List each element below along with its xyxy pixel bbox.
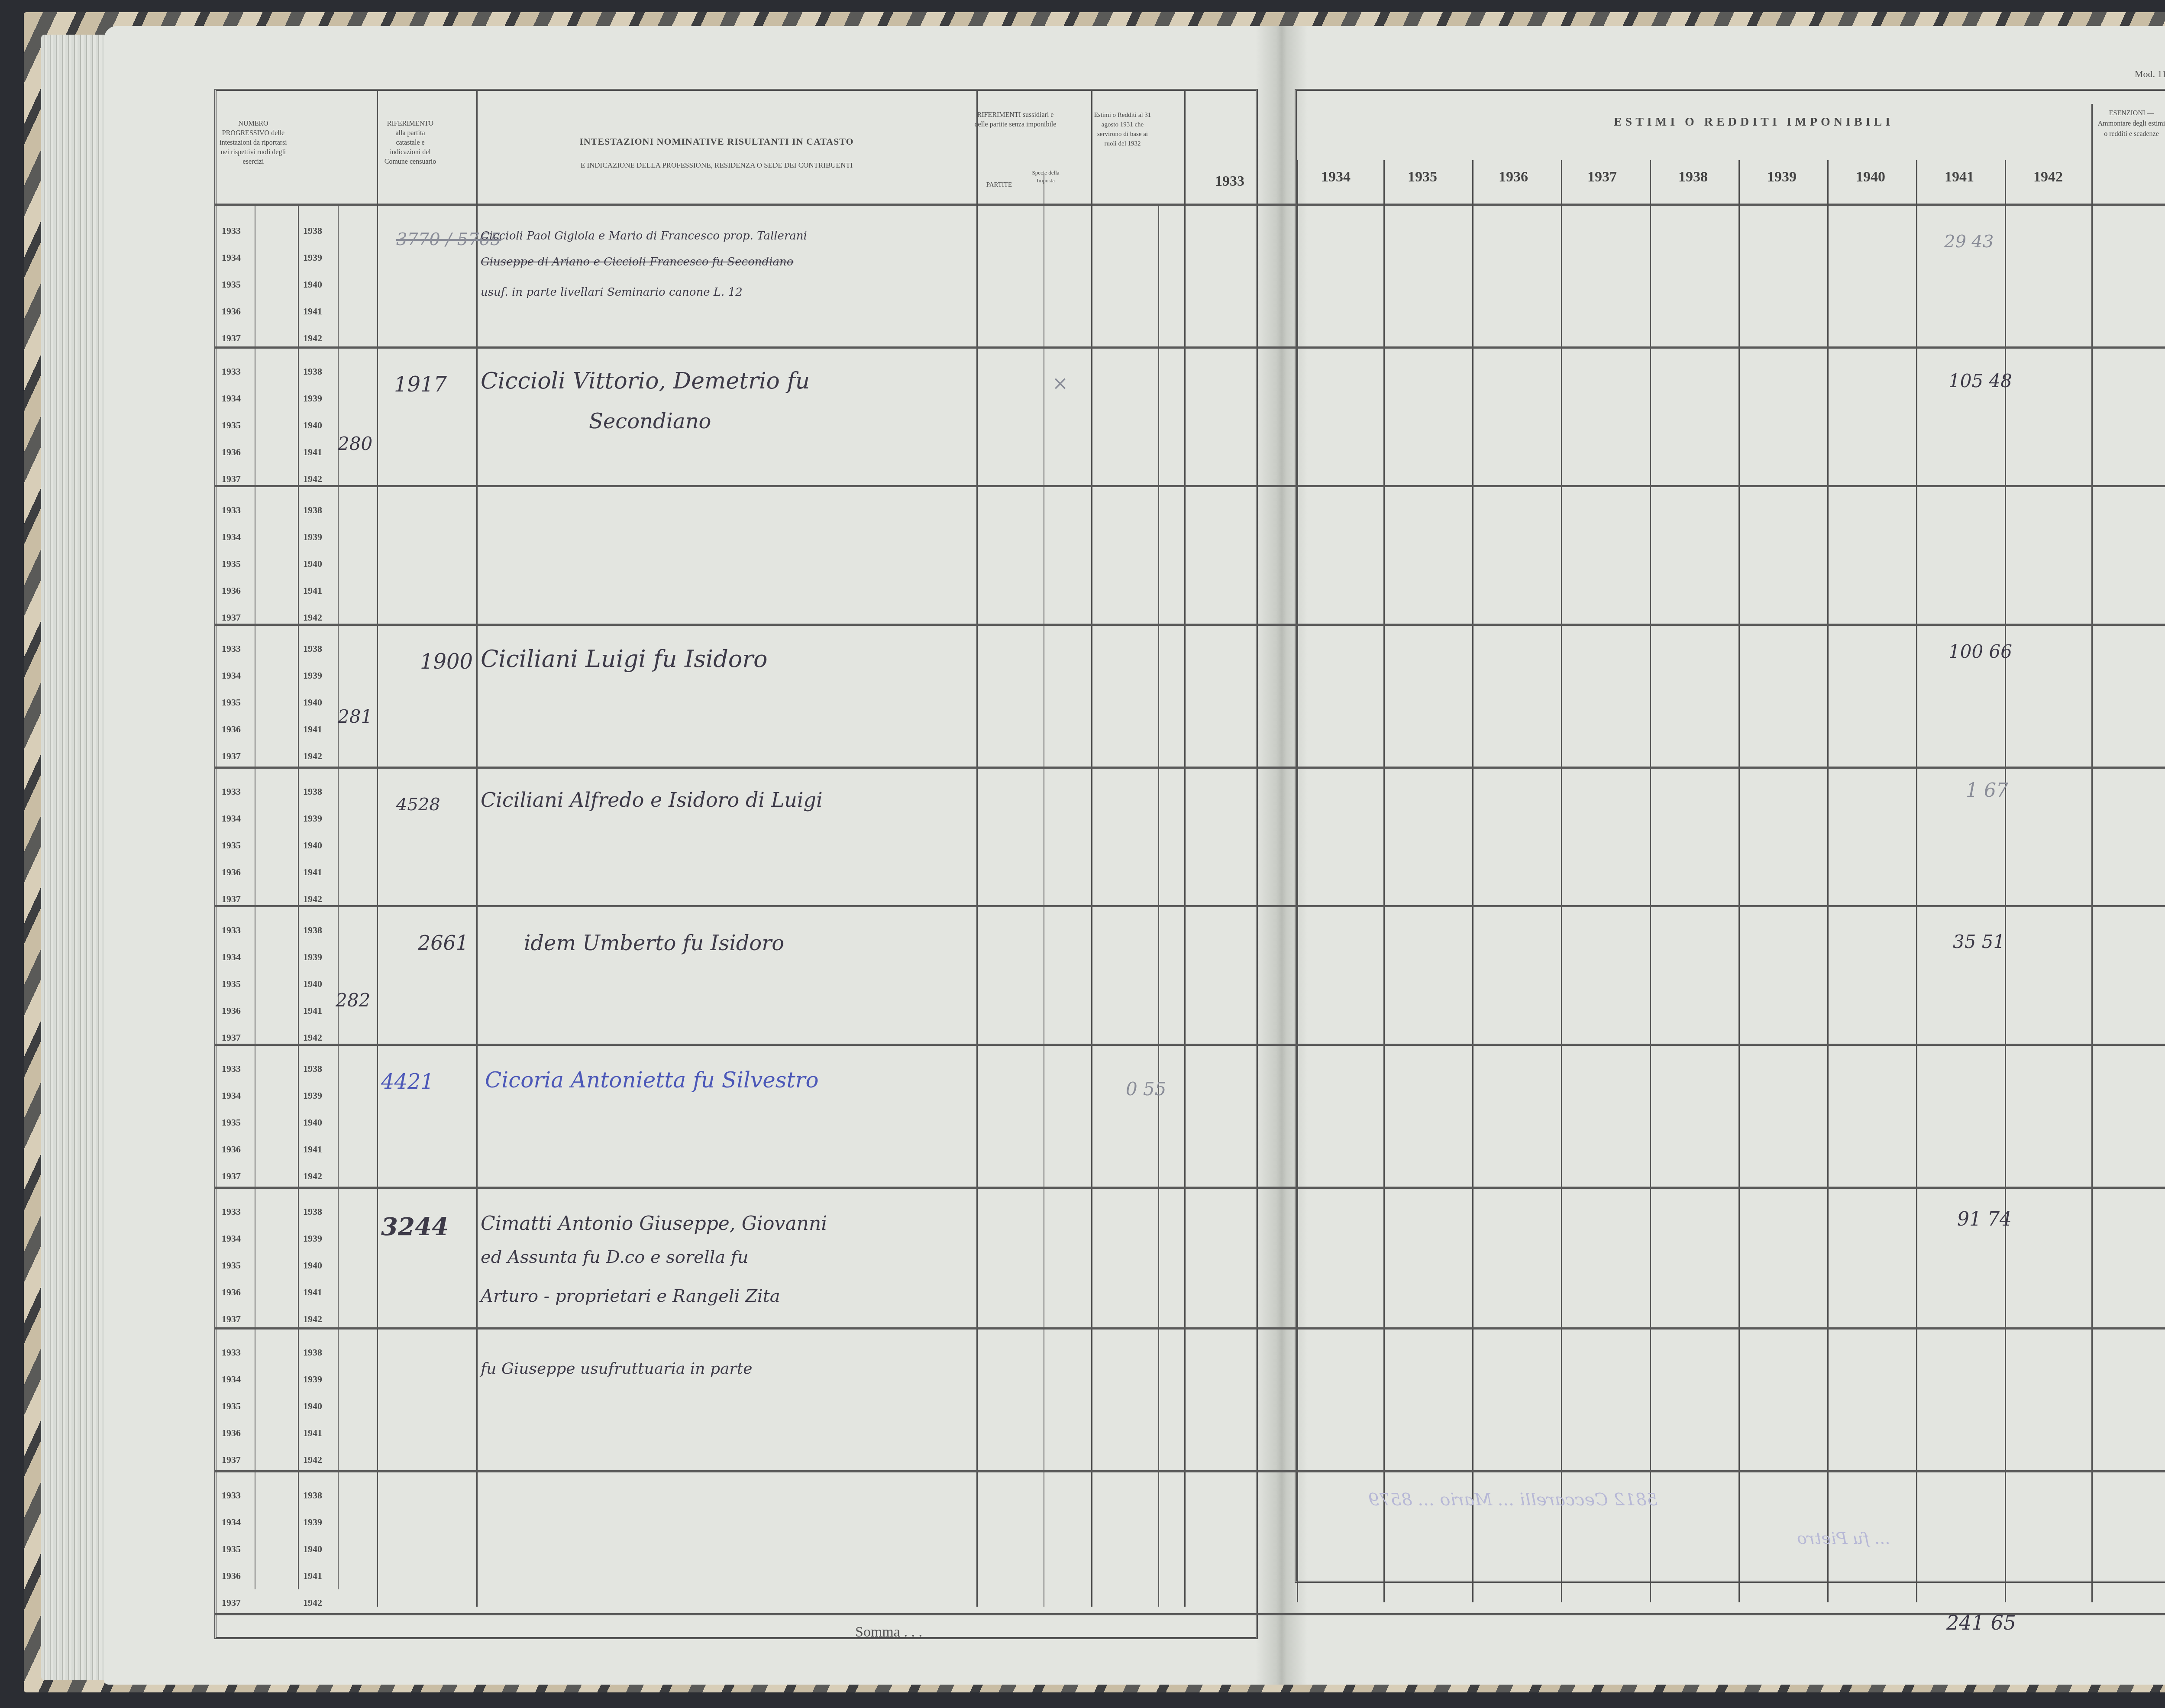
block-rule <box>214 1044 2165 1046</box>
block-rule <box>214 1470 2165 1472</box>
year-cell-right: 1942 <box>303 1171 322 1182</box>
year-cell-right: 1938 <box>303 786 322 797</box>
block-rule <box>214 1187 2165 1189</box>
year-cell-left: 1934 <box>222 813 241 824</box>
year-cell-left: 1937 <box>222 612 241 623</box>
year-cell-left: 1937 <box>222 333 241 344</box>
total-1941: 241 65 <box>1946 1611 2016 1634</box>
col-divider <box>255 204 255 1589</box>
year-cell-left: 1935 <box>222 1117 241 1128</box>
year-cell-right: 1941 <box>303 1570 322 1582</box>
year-cell-right: 1940 <box>303 279 322 290</box>
year-cell-left: 1934 <box>222 1517 241 1528</box>
year-cell-right: 1942 <box>303 1454 322 1465</box>
entry-8-text-3: Arturo - proprietari e Rangeli Zita <box>481 1286 780 1306</box>
col-divider <box>1091 91 1092 1607</box>
year-head-1936: 1936 <box>1477 169 1550 185</box>
block-rule <box>214 624 2165 626</box>
year-cell-right: 1939 <box>303 1517 322 1528</box>
entry-5-value-1941: 1 67 <box>1966 780 2008 802</box>
col-divider <box>1383 160 1385 1602</box>
ledger-right <box>1295 89 2165 1583</box>
year-cell-right: 1939 <box>303 531 322 543</box>
header-col-17: ESENZIONI — Ammontare degli estimi o red… <box>2096 108 2165 139</box>
year-cell-right: 1938 <box>303 1490 322 1501</box>
entry-7-partita: 4421 <box>381 1070 434 1094</box>
year-cell-right: 1941 <box>303 1005 322 1016</box>
block-rule <box>214 1613 2165 1615</box>
year-cell-left: 1934 <box>222 1374 241 1385</box>
entry-4-partita: 1900 <box>420 650 473 674</box>
year-head-1935: 1935 <box>1386 169 1459 185</box>
col-divider <box>1650 160 1651 1602</box>
year-cell-left: 1937 <box>222 1597 241 1608</box>
year-cell-left: 1934 <box>222 252 241 263</box>
col-divider <box>1184 91 1186 1607</box>
col-divider <box>377 91 378 1607</box>
year-cell-left: 1934 <box>222 531 241 543</box>
entry-4-text: Ciciliani Luigi fu Isidoro <box>481 645 768 673</box>
year-cell-left: 1934 <box>222 670 241 681</box>
year-cell-right: 1941 <box>303 1427 322 1439</box>
sum-label: Somma . . . <box>855 1624 922 1640</box>
year-cell-left: 1933 <box>222 786 241 797</box>
year-cell-left: 1937 <box>222 473 241 485</box>
col-divider <box>1561 160 1562 1602</box>
page-stack-left <box>41 35 110 1680</box>
entry-8-text-4: fu Giuseppe usufruttuaria in parte <box>481 1360 752 1378</box>
year-cell-left: 1933 <box>222 1206 241 1217</box>
year-cell-left: 1934 <box>222 393 241 404</box>
year-cell-right: 1942 <box>303 333 322 344</box>
year-cell-right: 1938 <box>303 225 322 236</box>
header-col-1: NUMERO PROGRESSIVO delle intestazioni da… <box>216 119 290 167</box>
year-cell-left: 1934 <box>222 1090 241 1101</box>
year-cell-right: 1942 <box>303 473 322 485</box>
header-col-5: Specie della Imposta <box>1031 169 1061 184</box>
entry-2-partita: 1917 <box>394 372 447 397</box>
entry-5-text: Ciciliani Alfredo e Isidoro di Luigi <box>481 788 823 812</box>
year-cell-left: 1933 <box>222 1063 241 1074</box>
year-cell-left: 1936 <box>222 446 241 458</box>
entry-8-text-2: ed Assunta fu D.co e sorella fu <box>481 1247 748 1267</box>
year-cell-left: 1934 <box>222 951 241 963</box>
year-cell-right: 1938 <box>303 925 322 936</box>
header-col-2: RIFERIMENTO alla partita catastale e ind… <box>383 119 437 167</box>
year-cell-right: 1941 <box>303 867 322 878</box>
col-divider <box>2091 104 2093 1602</box>
header-col-6: Estimi o Redditi al 31 agosto 1931 che s… <box>1091 110 1154 149</box>
entry-1-text-1: Ciccioli Paol Giglola e Mario di Frances… <box>481 225 807 247</box>
block-rule <box>214 485 2165 487</box>
entry-7-text: Cicoria Antonietta fu Silvestro <box>485 1067 819 1093</box>
year-cell-right: 1940 <box>303 840 322 851</box>
entry-2-text-1: Ciccioli Vittorio, Demetrio fu <box>481 368 810 394</box>
year-cell-left: 1935 <box>222 697 241 708</box>
year-cell-left: 1935 <box>222 420 241 431</box>
year-cell-right: 1939 <box>303 813 322 824</box>
year-cell-right: 1939 <box>303 1233 322 1244</box>
entry-4-value-1941: 100 66 <box>1948 641 2012 662</box>
year-cell-left: 1936 <box>222 867 241 878</box>
entry-6-progressive: 282 <box>336 990 370 1011</box>
year-cell-left: 1937 <box>222 893 241 905</box>
year-cell-left: 1936 <box>222 1427 241 1439</box>
year-cell-right: 1942 <box>303 1597 322 1608</box>
year-cell-right: 1940 <box>303 1401 322 1412</box>
year-cell-right: 1939 <box>303 670 322 681</box>
year-cell-right: 1939 <box>303 1374 322 1385</box>
entry-8-partita: 3244 <box>381 1213 449 1241</box>
col-divider <box>298 204 299 1589</box>
header-col-3-title: INTESTAZIONI NOMINATIVE RISULTANTI IN CA… <box>489 136 944 147</box>
header-col-3-subtitle: E INDICAZIONE DELLA PROFESSIONE, RESIDEN… <box>489 160 944 171</box>
year-head-1940: 1940 <box>1834 169 1907 185</box>
year-cell-left: 1933 <box>222 643 241 654</box>
col-divider <box>976 91 978 1607</box>
year-cell-left: 1933 <box>222 925 241 936</box>
entry-8-text-1: Cimatti Antonio Giuseppe, Giovanni <box>481 1213 827 1235</box>
col-divider <box>476 91 478 1607</box>
year-cell-right: 1938 <box>303 1206 322 1217</box>
year-cell-left: 1936 <box>222 724 241 735</box>
col-divider <box>1044 173 1044 1607</box>
col-divider <box>1916 160 1917 1602</box>
year-cell-left: 1935 <box>222 1260 241 1271</box>
year-cell-left: 1935 <box>222 1401 241 1412</box>
year-cell-right: 1942 <box>303 1313 322 1325</box>
year-cell-right: 1939 <box>303 393 322 404</box>
block-rule <box>214 767 2165 769</box>
year-head-1937: 1937 <box>1565 169 1639 185</box>
year-cell-right: 1938 <box>303 1347 322 1358</box>
block-rule <box>214 905 2165 907</box>
entry-8-value-1941: 91 74 <box>1957 1208 2012 1230</box>
year-cell-right: 1940 <box>303 697 322 708</box>
entry-2-value-1941: 105 48 <box>1948 370 2012 391</box>
year-cell-left: 1935 <box>222 279 241 290</box>
year-cell-left: 1935 <box>222 1543 241 1555</box>
year-cell-right: 1942 <box>303 750 322 762</box>
year-cell-right: 1942 <box>303 612 322 623</box>
year-cell-right: 1940 <box>303 558 322 569</box>
year-cell-right: 1941 <box>303 1144 322 1155</box>
entry-2-text-2: Secondiano <box>589 409 711 433</box>
col-divider <box>1297 160 1298 1602</box>
year-cell-right: 1940 <box>303 1260 322 1271</box>
year-cell-right: 1938 <box>303 366 322 377</box>
year-cell-right: 1938 <box>303 1063 322 1074</box>
header-col-4-5: RIFERIMENTI sussidiari e delle partite s… <box>974 110 1057 129</box>
entry-7-col6-value: 0 55 <box>1126 1078 1167 1100</box>
entry-2-progressive: 280 <box>338 433 372 454</box>
year-cell-right: 1941 <box>303 585 322 596</box>
year-cell-right: 1939 <box>303 951 322 963</box>
entry-6-text: idem Umberto fu Isidoro <box>524 931 784 955</box>
year-cell-right: 1938 <box>303 643 322 654</box>
year-cell-right: 1942 <box>303 893 322 905</box>
header-estimi-title: ESTIMI O REDDITI IMPONIBILI <box>1429 117 2078 127</box>
bleed-through-text-2: ... fu Pietro <box>1797 1529 1890 1548</box>
year-cell-right: 1941 <box>303 306 322 317</box>
header-col-4: PARTITE <box>974 180 1024 190</box>
year-head-1942: 1942 <box>2011 169 2085 185</box>
year-cell-left: 1937 <box>222 1454 241 1465</box>
year-cell-left: 1933 <box>222 505 241 516</box>
year-cell-left: 1935 <box>222 978 241 990</box>
year-cell-left: 1937 <box>222 1032 241 1043</box>
year-cell-left: 1936 <box>222 1005 241 1016</box>
year-cell-left: 1933 <box>222 366 241 377</box>
year-cell-left: 1936 <box>222 1287 241 1298</box>
year-head-1939: 1939 <box>1745 169 1819 185</box>
col-divider <box>1738 160 1740 1602</box>
year-head-1941: 1941 <box>1923 169 1996 185</box>
ledger-left <box>214 89 1258 1639</box>
entry-4-progressive: 281 <box>338 706 372 727</box>
year-cell-left: 1935 <box>222 558 241 569</box>
entry-5-partita: 4528 <box>396 795 440 815</box>
block-rule <box>214 346 2165 349</box>
form-id: Mod. 111 - Imposte Dirette (Intercalare)… <box>2135 68 2165 80</box>
year-cell-right: 1938 <box>303 505 322 516</box>
year-head-1938: 1938 <box>1656 169 1730 185</box>
col-divider <box>1472 160 1473 1602</box>
year-cell-left: 1934 <box>222 1233 241 1244</box>
year-cell-right: 1940 <box>303 420 322 431</box>
bleed-through-text-1: 5812 Ceccarelli ... Mario ... 8579 <box>1368 1490 1658 1510</box>
entry-1-value-1941: 29 43 <box>1944 232 1994 252</box>
entry-6-partita: 2661 <box>418 931 469 954</box>
year-cell-left: 1936 <box>222 585 241 596</box>
year-cell-right: 1939 <box>303 1090 322 1101</box>
year-cell-left: 1933 <box>222 1490 241 1501</box>
year-cell-left: 1935 <box>222 840 241 851</box>
year-cell-right: 1940 <box>303 1117 322 1128</box>
entry-1-text-3: usuf. in parte livellari Seminario canon… <box>481 286 743 299</box>
entry-6-value-1941: 35 51 <box>1953 931 2005 952</box>
year-cell-left: 1937 <box>222 1313 241 1325</box>
year-head-1934: 1934 <box>1299 169 1373 185</box>
year-cell-left: 1936 <box>222 306 241 317</box>
year-cell-left: 1937 <box>222 750 241 762</box>
entry-2-mark: × <box>1052 372 1068 395</box>
year-cell-left: 1937 <box>222 1171 241 1182</box>
col-divider <box>1827 160 1829 1602</box>
year-cell-right: 1939 <box>303 252 322 263</box>
year-cell-left: 1933 <box>222 225 241 236</box>
col-divider <box>338 204 339 1589</box>
entry-1-text-2: Giuseppe di Ariano e Ciccioli Francesco … <box>481 256 793 268</box>
year-cell-right: 1942 <box>303 1032 322 1043</box>
year-cell-right: 1940 <box>303 1543 322 1555</box>
year-cell-right: 1941 <box>303 446 322 458</box>
block-rule <box>214 1327 2165 1330</box>
year-cell-right: 1941 <box>303 1287 322 1298</box>
year-cell-left: 1936 <box>222 1570 241 1582</box>
year-cell-right: 1940 <box>303 978 322 990</box>
header-rule <box>214 204 2165 206</box>
year-cell-left: 1936 <box>222 1144 241 1155</box>
year-head-1933: 1933 <box>1204 173 1256 190</box>
year-cell-left: 1933 <box>222 1347 241 1358</box>
year-cell-right: 1941 <box>303 724 322 735</box>
